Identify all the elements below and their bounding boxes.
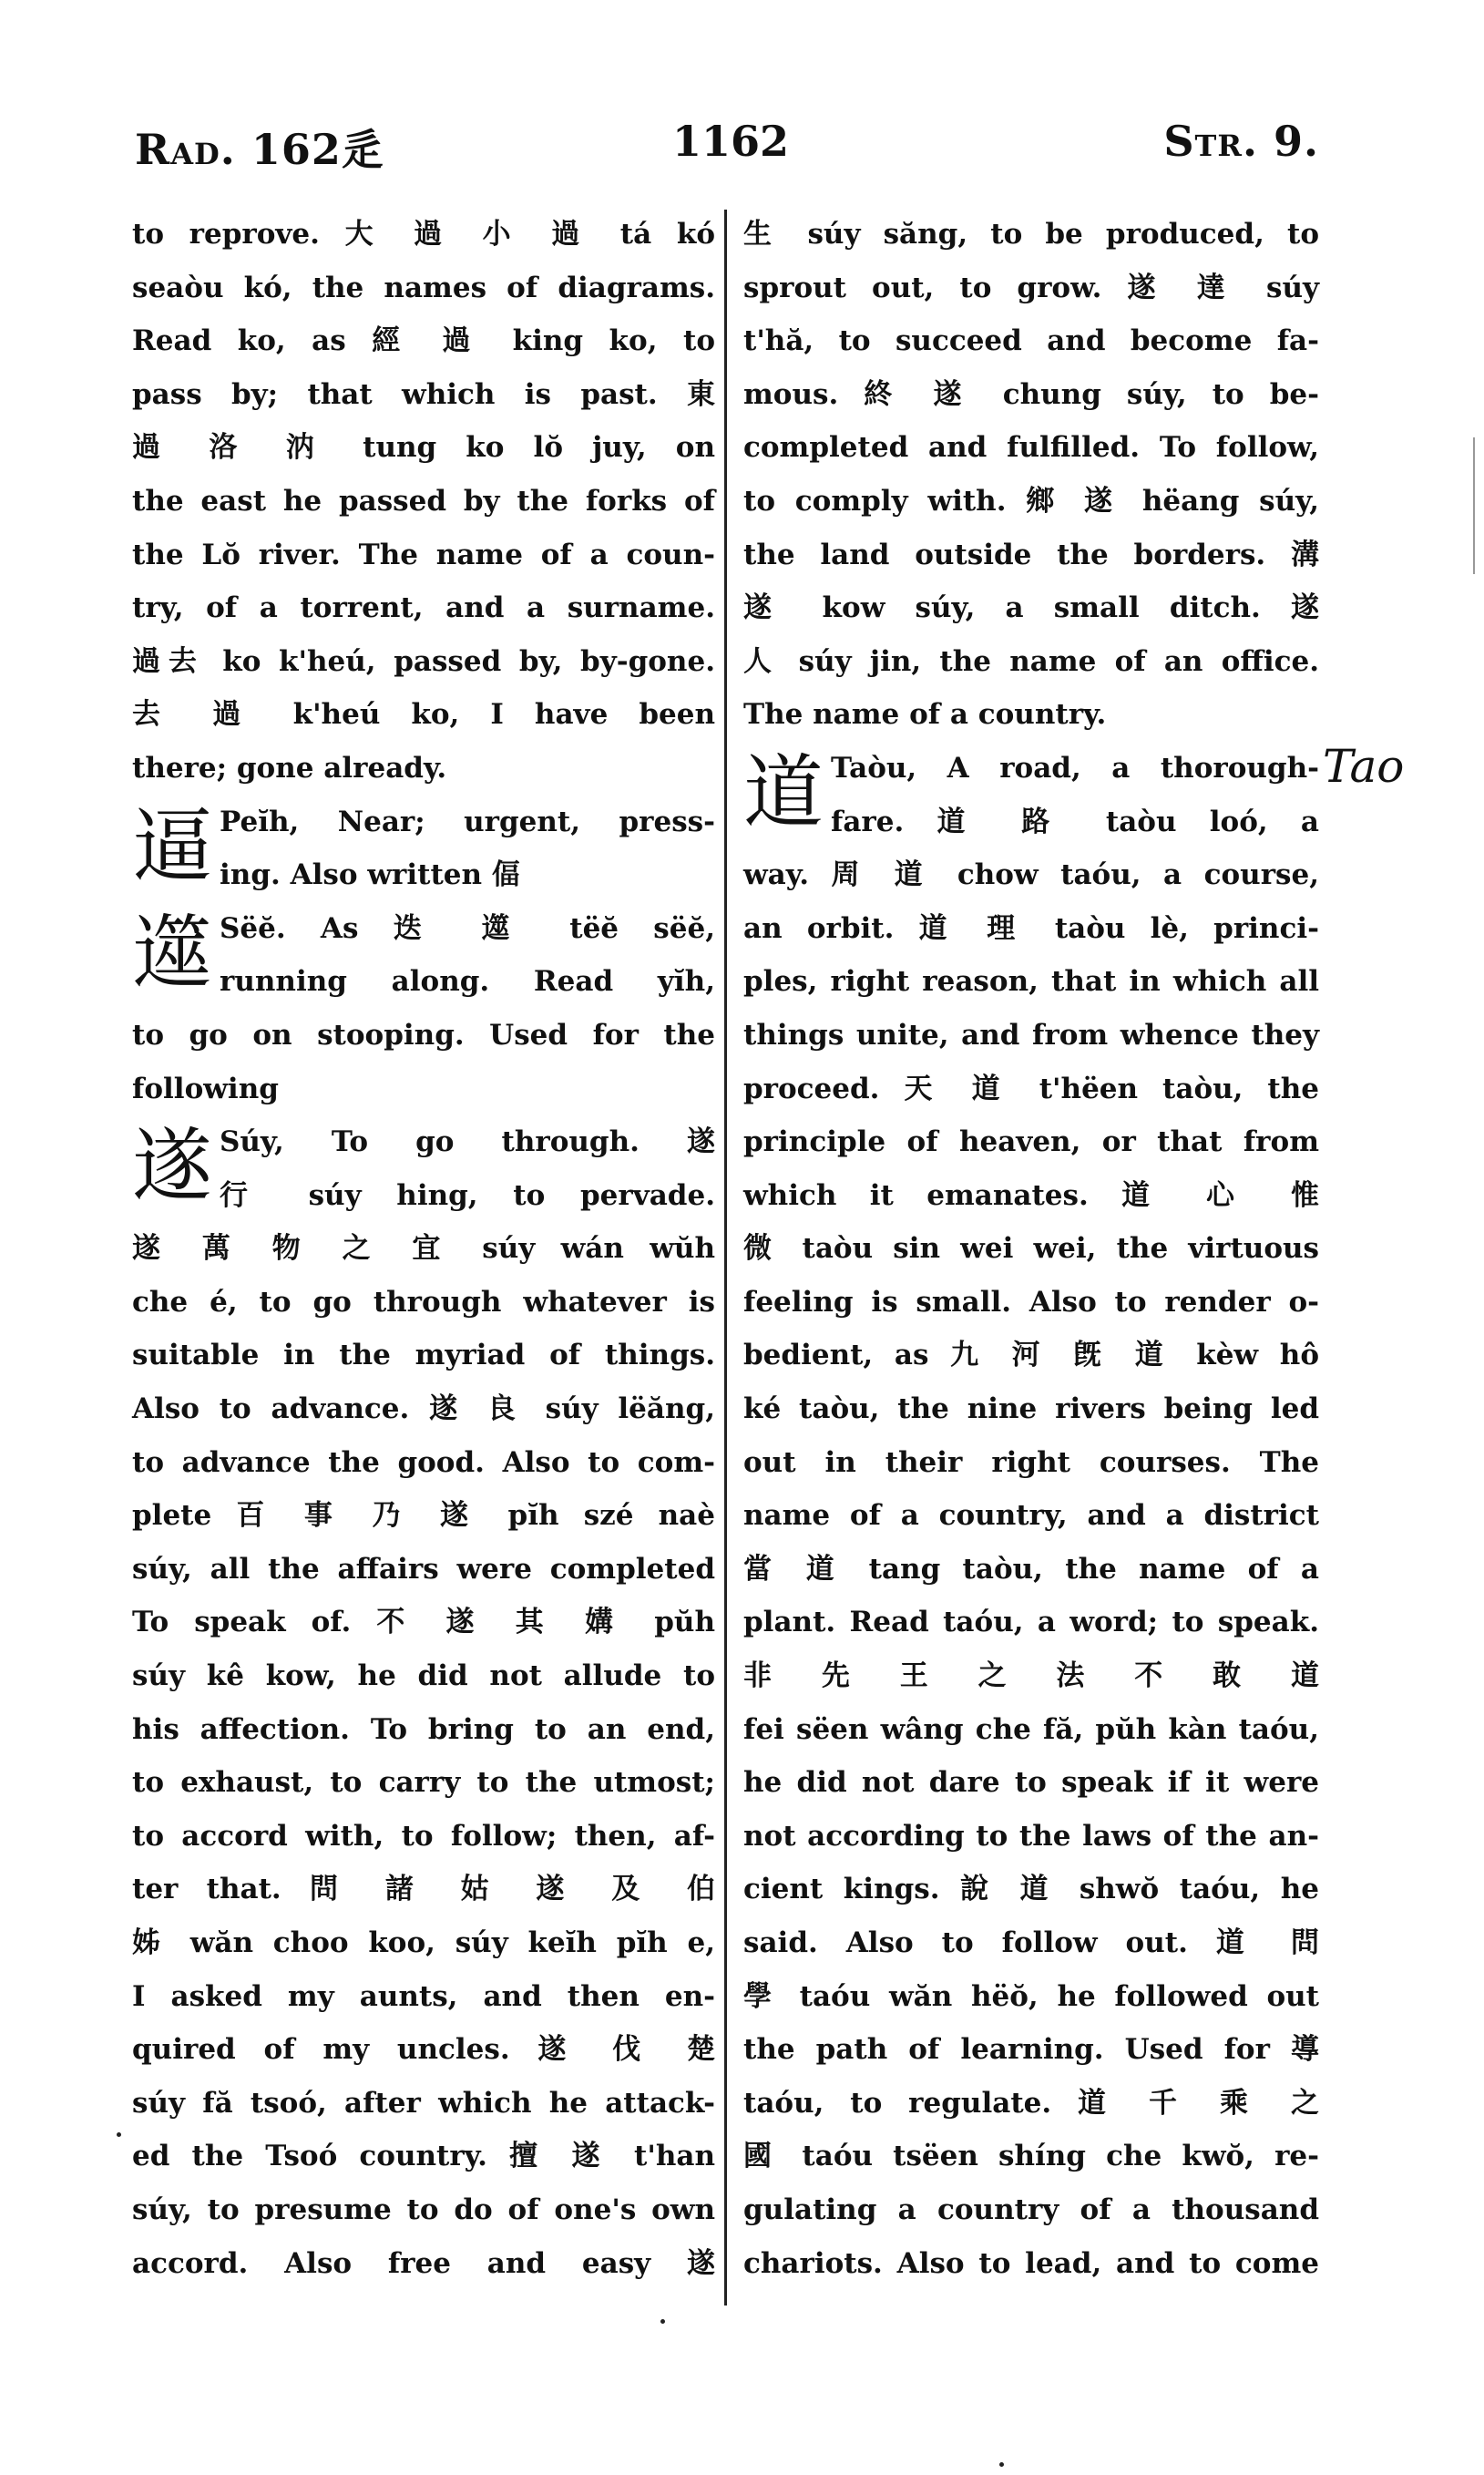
text-line: fei sëen wâng che fă, pŭh kàn taóu, xyxy=(743,1703,1319,1757)
text-line: an orbit. 道 理 taòu lè, princi- xyxy=(743,902,1319,956)
entry-headword: 遂 xyxy=(132,1115,214,1222)
text-line: 過去 ko k'heú, passed by, by-gone. xyxy=(132,635,715,689)
entry-headword: 道 xyxy=(743,742,825,848)
dictionary-entry: 道 Taòu, A road, a thorough- fare. 道 路 ta… xyxy=(743,742,1319,2290)
text-line: quired of my uncles. 遂 伐 楚 xyxy=(132,2023,715,2077)
text-line: 當 道 tang taòu, the name of a xyxy=(743,1543,1319,1597)
text-line: 國 taóu tsëen shíng che kwŏ, re- xyxy=(743,2130,1319,2183)
text-line: name of a country, and a district xyxy=(743,1489,1319,1543)
text-line: the Lŏ river. The name of a coun- xyxy=(132,529,715,582)
text-line: feeling is small. Also to render o- xyxy=(743,1276,1319,1330)
text-line: Also to advance. 遂 良 súy lëăng, xyxy=(132,1382,715,1436)
text-line: 微 taòu sin wei wei, the virtuous xyxy=(743,1222,1319,1276)
text-line: the land outside the borders. 溝 xyxy=(743,529,1319,582)
text-line: running along. Read yĭh, xyxy=(132,955,715,1009)
text-line: cient kings. 說 道 shwŏ taóu, he xyxy=(743,1863,1319,1916)
text-line: to comply with. 鄉 遂 hëang súy, xyxy=(743,475,1319,529)
text-line: ter that. 問 諸 姑 遂 及 伯 xyxy=(132,1863,715,1916)
text-line: t'hă, to succeed and become fa- xyxy=(743,314,1319,368)
text-line: accord. Also free and easy 遂 xyxy=(132,2237,715,2291)
text-line: completed and fulfilled. To follow, xyxy=(743,421,1319,475)
text-line: 學 taóu wăn hëŏ, he followed out xyxy=(743,1970,1319,2024)
text-line: sprout out, to grow. 遂 達 súy xyxy=(743,262,1319,315)
right-column: 生 súy săng, to be produced, to sprout ou… xyxy=(743,208,1319,2290)
text-line: mous. 終 遂 chung súy, to be- xyxy=(743,368,1319,422)
dictionary-entry: 遾 Sëĕ. As 迭 遾 tëĕ sëĕ, running along. Re… xyxy=(132,902,715,1115)
text-line: súy, to presume to do of one's own xyxy=(132,2183,715,2237)
text-line: 遂 kow súy, a small ditch. 遂 xyxy=(743,581,1319,635)
text-line: to accord with, to follow; then, af- xyxy=(132,1810,715,1864)
text-line: Taòu, A road, a thorough- xyxy=(743,742,1319,796)
strokes-label: Str. 9. xyxy=(1163,117,1319,166)
text-line: 行 súy hing, to pervade. xyxy=(132,1169,715,1223)
text-line: bedient, as 九 河 旣 道 kèw hô xyxy=(743,1329,1319,1382)
text-line: Read ko, as 經 過 king ko, to xyxy=(132,314,715,368)
text-line: way. 周 道 chow taóu, a course, xyxy=(743,848,1319,902)
text-line: 姊 wăn choo koo, súy keĭh pĭh e, xyxy=(132,1916,715,1970)
text-line: ké taòu, the nine rivers being led xyxy=(743,1382,1319,1436)
text-line: súy kê kow, he did not allude to xyxy=(132,1649,715,1703)
text-line: following xyxy=(132,1063,715,1116)
text-line: Súy, To go through. 遂 xyxy=(132,1115,715,1169)
text-line: Sëĕ. As 迭 遾 tëĕ sëĕ, xyxy=(132,902,715,956)
text-line: to exhaust, to carry to the utmost; xyxy=(132,1756,715,1810)
dictionary-entry: 遂 Súy, To go through. 遂 行 súy hing, to p… xyxy=(132,1115,715,2290)
text-line: I asked my aunts, and then en- xyxy=(132,1970,715,2024)
text-line: ples, right reason, that in which all xyxy=(743,955,1319,1009)
handwritten-annotation: Tao xyxy=(1323,740,1404,793)
page-number: 1162 xyxy=(672,117,789,166)
text-line: Peĭh, Near; urgent, press- xyxy=(132,796,715,849)
text-line: his affection. To bring to an end, xyxy=(132,1703,715,1757)
text-line: fare. 道 路 taòu loó, a xyxy=(743,796,1319,849)
text-line: gulating a country of a thousand xyxy=(743,2183,1319,2237)
text-line: che é, to go through whatever is xyxy=(132,1276,715,1330)
text-line: to reprove. 大 過 小 過 tá kó xyxy=(132,208,715,262)
text-line: which it emanates. 道 心 惟 xyxy=(743,1169,1319,1223)
print-speck xyxy=(660,2319,665,2324)
text-line: 生 súy săng, to be produced, to xyxy=(743,208,1319,262)
text-line: the path of learning. Used for 導 xyxy=(743,2023,1319,2077)
text-line: pass by; that which is past. 東 xyxy=(132,368,715,422)
radical-char: 辵 xyxy=(342,125,384,174)
text-line: To speak of. 不 遂 其 媾 pŭh xyxy=(132,1596,715,1649)
text-line: plete 百 事 乃 遂 pĭh szé naè xyxy=(132,1489,715,1543)
text-line: 人 súy jin, the name of an office. xyxy=(743,635,1319,689)
text-line: 遂 萬 物 之 宜 súy wán wŭh xyxy=(132,1222,715,1276)
page-header: Rad. 162辵 1162 Str. 9. xyxy=(135,117,1319,171)
text-line: things unite, and from whence they xyxy=(743,1009,1319,1063)
text-line: súy fă tsoó, after which he attack- xyxy=(132,2077,715,2131)
text-line: proceed. 天 道 t'hëen taòu, the xyxy=(743,1063,1319,1116)
radical-label: Rad. 162辵 xyxy=(135,117,384,177)
left-column: to reprove. 大 過 小 過 tá kó seaòu kó, the … xyxy=(132,208,715,2290)
text-line: taóu, to regulate. 道 千 乘 之 xyxy=(743,2077,1319,2131)
print-speck xyxy=(117,2132,121,2137)
print-speck xyxy=(999,2462,1004,2467)
entry-headword: 逼 xyxy=(132,796,214,902)
text-line: ing. Also written 偪 xyxy=(132,848,715,902)
text-line: suitable in the myriad of things. xyxy=(132,1329,715,1382)
text-line: ed the Tsoó country. 擅 遂 t'han xyxy=(132,2130,715,2183)
text-line: try, of a torrent, and a surname. xyxy=(132,581,715,635)
entry-headword: 遾 xyxy=(132,902,214,1009)
text-line: seaòu kó, the names of diagrams. xyxy=(132,262,715,315)
text-line: 去 過 k'heú ko, I have been xyxy=(132,688,715,742)
text-line: he did not dare to speak if it were xyxy=(743,1756,1319,1810)
text-line: 非 先 王 之 法 不 敢 道 xyxy=(743,1649,1319,1703)
text-line: to go on stooping. Used for the xyxy=(132,1009,715,1063)
dictionary-entry: 逼 Peĭh, Near; urgent, press- ing. Also w… xyxy=(132,796,715,902)
text-line: not according to the laws of the an- xyxy=(743,1810,1319,1864)
column-divider xyxy=(724,210,727,2306)
text-line: chariots. Also to lead, and to come xyxy=(743,2237,1319,2291)
text-line: there; gone already. xyxy=(132,742,715,796)
text-line: to advance the good. Also to com- xyxy=(132,1436,715,1490)
text-line: out in their right courses. The xyxy=(743,1436,1319,1490)
text-line: súy, all the affairs were completed xyxy=(132,1543,715,1597)
text-line: said. Also to follow out. 道 問 xyxy=(743,1916,1319,1970)
text-line: principle of heaven, or that from xyxy=(743,1115,1319,1169)
text-line: 過 洛 汭 tung ko lŏ juy, on xyxy=(132,421,715,475)
text-line: The name of a country. xyxy=(743,688,1319,742)
text-line: plant. Read taóu, a word; to speak. xyxy=(743,1596,1319,1649)
text-line: the east he passed by the forks of xyxy=(132,475,715,529)
page-edge-line xyxy=(1473,437,1475,574)
